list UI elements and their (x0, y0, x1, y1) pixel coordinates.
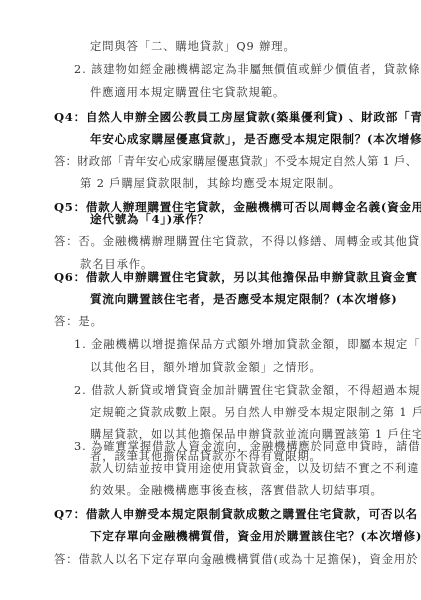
answer-q6-item3-line1: 3. 為確實掌握借款人資金流向，金融機構應於同意申貸時，請借 (74, 440, 420, 454)
question-q5-line2: 途代號為「4」)承作？ (90, 212, 210, 226)
document-page: 定問與答「二、購地貸款」Q9 辦理。 2. 該建物如經金融機構認定為非屬無價值或… (0, 0, 421, 600)
answer-q5-line1: 答：否。金融機構辦理購置住宅貸款，不得以修繕、周轉金或其他貸 (54, 235, 420, 249)
answer-q6-item2-line2: 定規範之貸款成數上限。另自然人申辦受本規定限制之第 1 戶 (90, 406, 421, 420)
text-line-l01: 定問與答「二、購地貸款」Q9 辦理。 (90, 40, 296, 54)
answer-q7-line1: 答：借款人以名下定存單向金融機構質借(或為十足擔保)，資金用於 (54, 553, 418, 567)
answer-q6-item3-line3: 約效果。金融機構應事後查核，落實借款人切結事項。 (90, 484, 383, 498)
question-q4-line1: Q4：自然人申辦全國公教員工房屋貸款(築巢優利貸) 、財政部「青 (54, 110, 421, 124)
answer-q6: 答：是。 (54, 315, 103, 329)
list-item-2-line1: 2. 該建物如經金融機構認定為非屬無價值或鮮少價值者，貸款條 (74, 63, 420, 77)
answer-q6-item1-line2: 以其他名目，額外增加貸款金額」之情形。 (90, 361, 322, 375)
list-item-2-line2: 件應適用本規定購置住宅貸款規範。 (90, 86, 285, 100)
page-number: 2 (206, 558, 211, 568)
answer-q4-line1: 答：財政部「青年安心成家購屋優惠貸款」不受本規定自然人第 1 戶、 (54, 155, 417, 169)
answer-q6-item3-line2: 款人切結並按申貸用途使用貸款資金，以及切結不實之不利違 (90, 462, 419, 476)
answer-q6-item2-line1: 2. 借款人新貸或增貸資金加計購置住宅貸款金額，不得超過本規 (74, 384, 420, 398)
question-q6-line2: 質流向購置該住宅者，是否應受本規定限制？(本次增修) (90, 292, 397, 306)
question-q6-line1: Q6：借款人申辦購置住宅貸款，另以其他擔保品申辦貸款且資金實 (54, 270, 418, 284)
question-q7-line2: 下定存單向金融機構質借，資金用於購置該住宅？(本次增修) (90, 529, 421, 543)
question-q7-line1: Q7：借款人申辦受本規定限制貸款成數之購置住宅貸款，可否以名 (54, 507, 418, 521)
question-q4-line2: 年安心成家購屋優惠貸款」，是否應受本規定限制？(本次增修) (90, 132, 421, 146)
answer-q4-line2: 第 2 戶購屋貸款限制，其餘均應受本規定限制。 (80, 177, 341, 191)
answer-q6-item1-line1: 1. 金融機構以增提擔保品方式額外增加貸款金額，即屬本規定「另 (74, 338, 421, 352)
